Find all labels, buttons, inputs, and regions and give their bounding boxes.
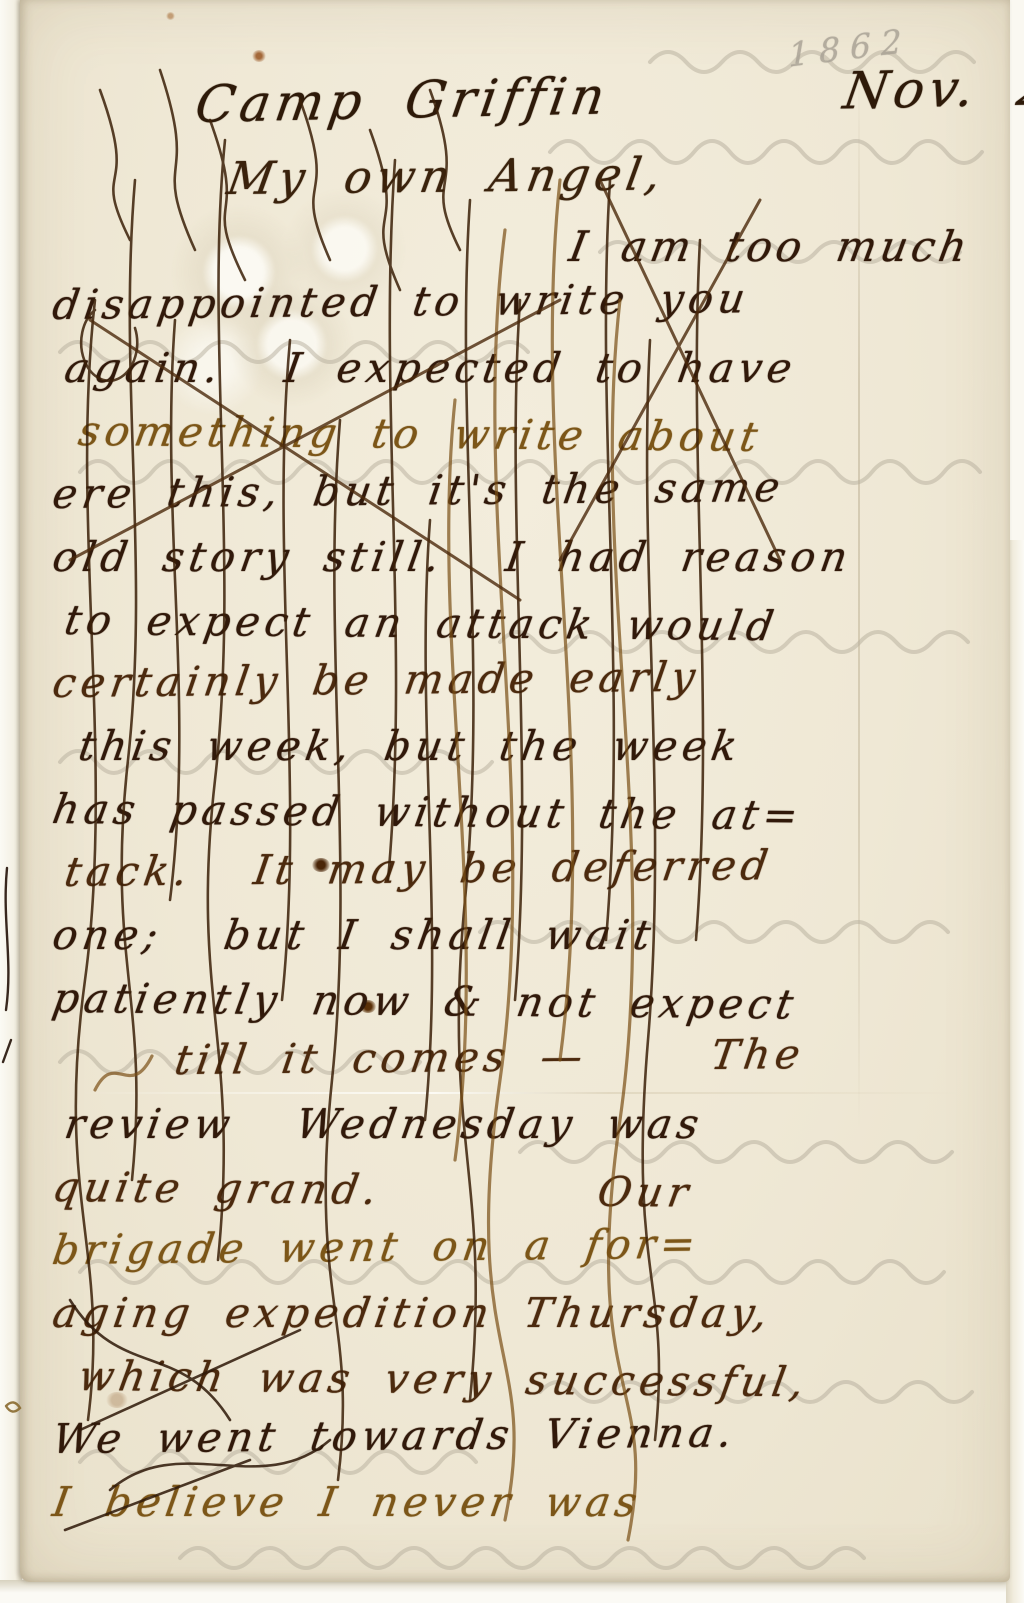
- letter-salutation: My own Angel,: [224, 147, 670, 205]
- letter-body: disappointed to write you again. I expec…: [52, 281, 988, 1541]
- letter-line: ere this, but it's the same: [47, 461, 994, 533]
- letter-line: I believe I never was: [47, 1478, 993, 1541]
- letter-line: brigade went on a for=: [47, 1217, 994, 1289]
- letter-line: We went towards Vienna.: [47, 1406, 994, 1478]
- letter-line: again. I expected to have: [59, 344, 993, 407]
- letter-line: till it comes — The: [73, 1028, 994, 1100]
- letter-line: review Wednesday was: [59, 1100, 993, 1163]
- foxing-spot: [252, 50, 266, 62]
- scan-backing-bottom-edge: [0, 1580, 1024, 1603]
- letter-line: disappointed to write you: [47, 272, 994, 344]
- letter-line: this week, but the week: [73, 722, 993, 785]
- letter-line: tack. It may be deferred: [59, 839, 994, 911]
- letter-scan: 1862 Camp Griffin Nov. 23. My own Angel,…: [0, 0, 1024, 1603]
- letter-line: old story still. I had reason: [47, 533, 993, 596]
- letter-line: aging expedition Thursday,: [47, 1289, 993, 1352]
- letter-line: one; but I shall wait: [47, 911, 993, 974]
- letter-line: certainly be made early: [47, 650, 994, 722]
- scan-backing-left-edge: [0, 0, 22, 1603]
- foxing-spot: [166, 12, 175, 20]
- letter-opening-line: I am too much: [566, 222, 975, 271]
